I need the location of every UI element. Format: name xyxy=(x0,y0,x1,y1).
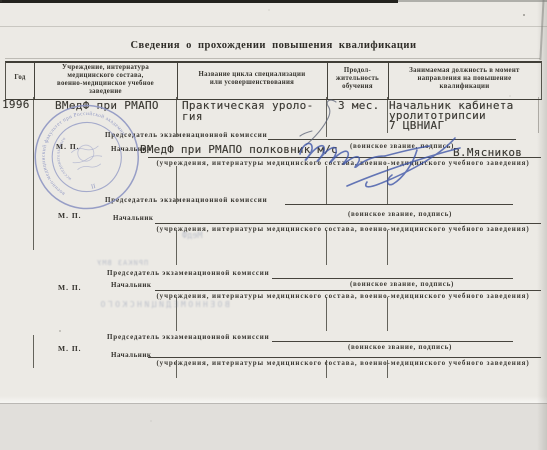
right-edge-shadow xyxy=(537,0,547,450)
signature-line xyxy=(272,341,513,342)
scanned-document: Сведения о прохождении повышения квалифи… xyxy=(0,0,547,450)
signature-block-4: Председатель экзаменационной комиссии (в… xyxy=(0,0,547,450)
ink-bleed-ghost: ВОЕННОМЕДИЦИНСКОГО xyxy=(98,300,230,309)
seal-placeholder: М. П. xyxy=(58,344,82,353)
svg-text:военно-медицинский факультет: военно-медицинский факультет при Российс… xyxy=(31,102,137,200)
chairman-label: Председатель экзаменационной комиссии xyxy=(107,333,269,341)
chairman-caption: (воинское звание, подпись) xyxy=(340,343,460,351)
scanner-background xyxy=(0,403,547,450)
head-label: Начальник xyxy=(111,351,151,359)
scan-specks xyxy=(0,0,2,2)
stamp-outer-text: военно-медицинский факультет при Российс… xyxy=(31,102,137,200)
head-caption: (учреждения, интернатуры медицинского со… xyxy=(141,359,545,367)
ink-bleed-ghost: МедФ xyxy=(182,231,202,241)
page-bottom-curl xyxy=(0,396,547,403)
ink-bleed-ghost: ПРИКАЗ ВМУ xyxy=(96,259,148,267)
stamp-center-mark: II xyxy=(90,183,96,191)
head-signature-flourish xyxy=(295,130,470,192)
signature-line xyxy=(148,357,541,358)
